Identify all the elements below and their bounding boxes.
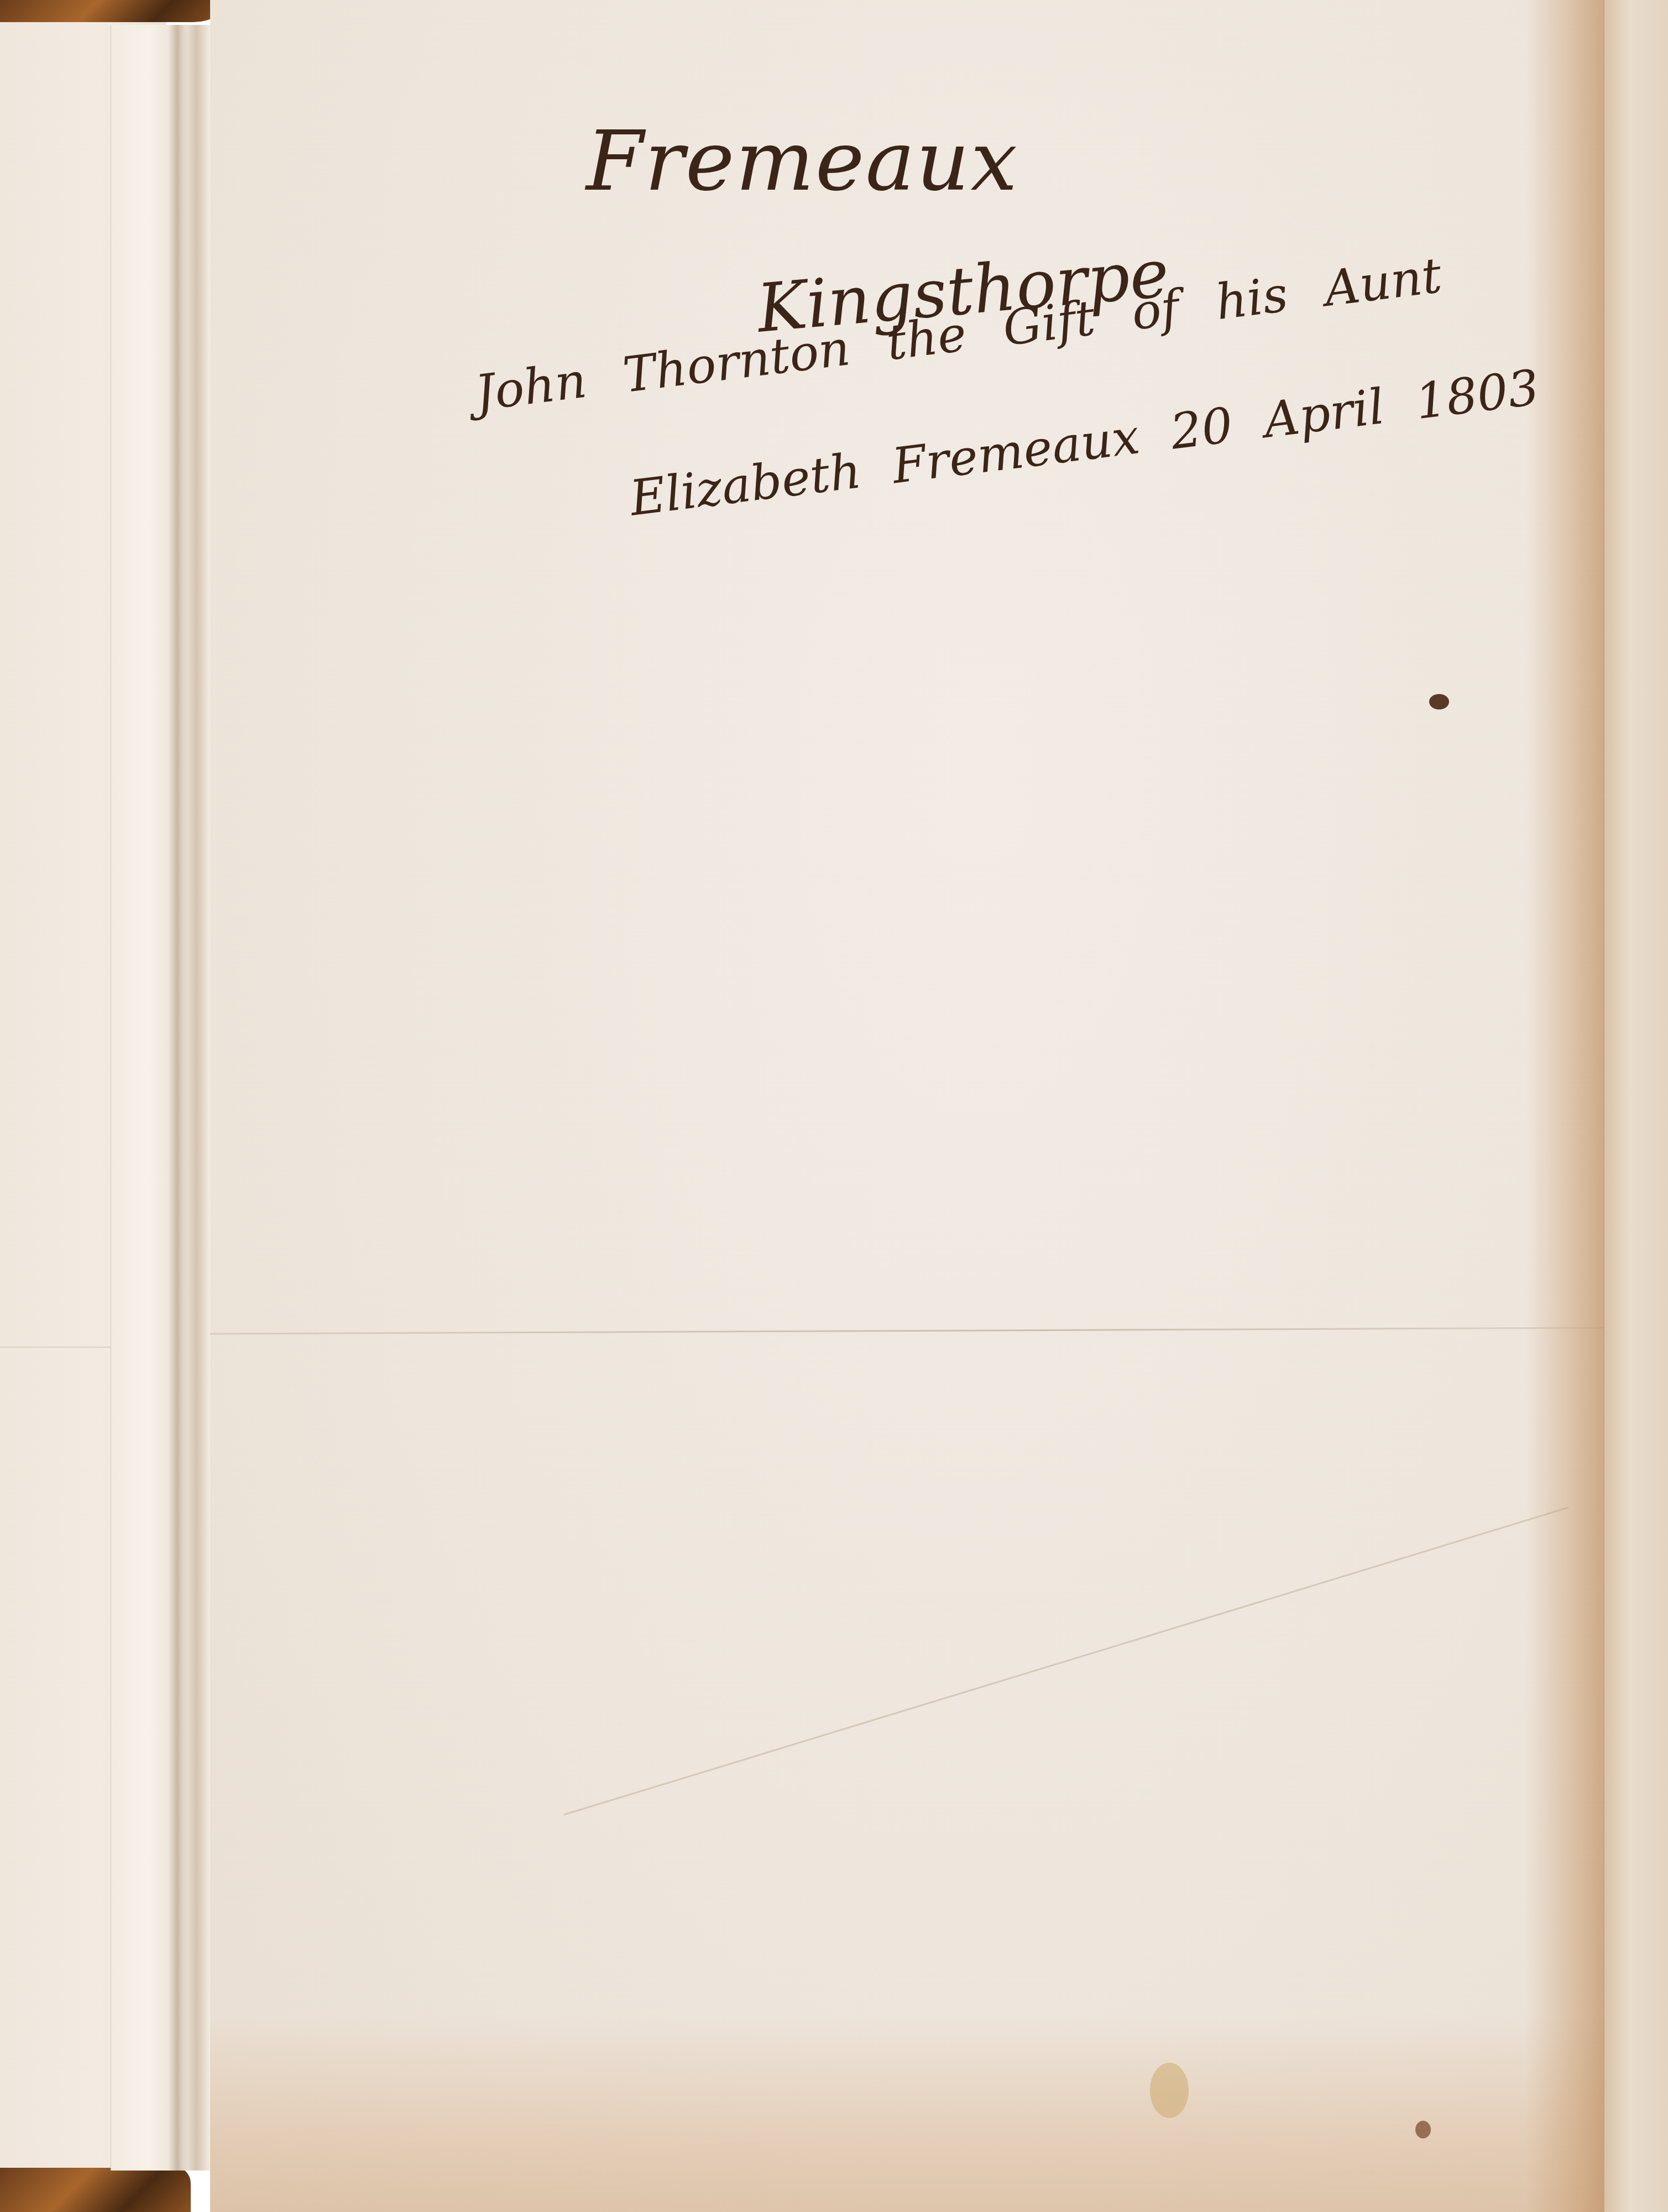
water-stain-spot [1150,2063,1189,2118]
brown-spot [1415,2121,1431,2138]
ink-blot-spot [1429,694,1449,709]
diagonal-crease [564,1507,1569,1815]
leather-binding-top [0,0,227,22]
edge-toning-right [1526,0,1603,2212]
horizontal-fold-line [210,1327,1603,1335]
leather-binding-bottom [0,2167,191,2212]
foxing-stain-bottom [210,2013,1603,2212]
fore-edge-leaves [1603,0,1668,2212]
inscription-surname: Fremeaux [586,113,1018,210]
gutter-shadow [182,25,210,2171]
